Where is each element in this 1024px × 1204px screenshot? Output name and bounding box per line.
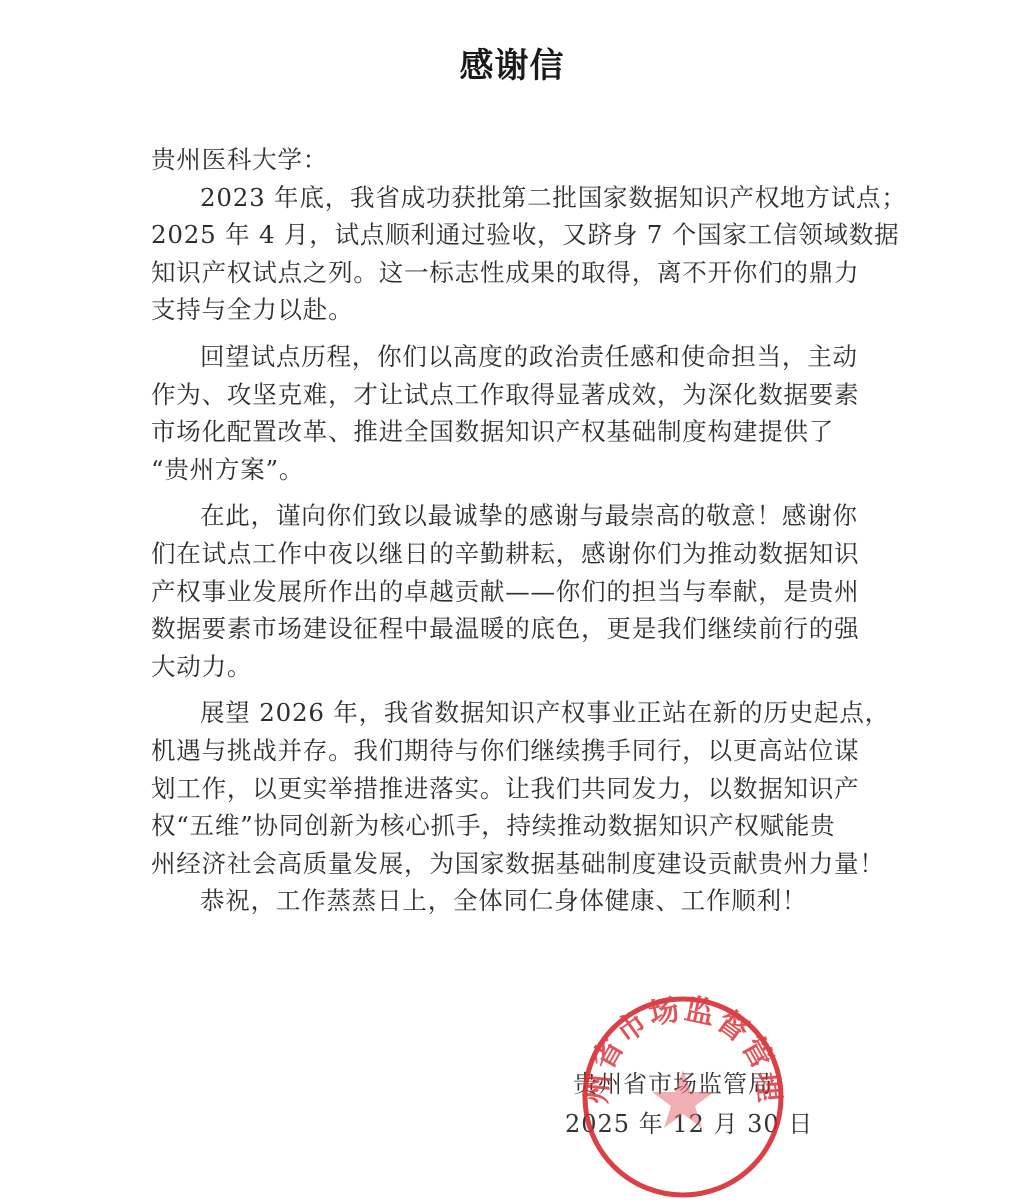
paragraph-line: 在此，谨向你们致以最诚挚的感谢与最崇高的敬意！感谢你 [151,497,891,535]
signature-organization: 贵州省市场监管局 [565,1064,825,1104]
paragraph-line: 划工作，以更实举措推进落实。让我们共同发力，以数据知识产 [151,770,891,808]
paragraph-line: 支持与全力以赴。 [151,291,891,329]
signature-date: 2025 年 12 月 30 日 [565,1104,825,1144]
paragraph-line: 市场化配置改革、推进全国数据知识产权基础制度构建提供了 [151,413,891,451]
paragraph-line: 数据要素市场建设征程中最温暖的底色，更是我们继续前行的强 [151,610,891,648]
paragraph-line: 机遇与挑战并存。我们期待与你们继续携手同行，以更高站位谋 [151,732,891,770]
signature-block: 贵州省市场监管局 2025 年 12 月 30 日 [565,1064,825,1144]
paragraph-3: 在此，谨向你们致以最诚挚的感谢与最崇高的敬意！感谢你 们在试点工作中夜以继日的辛… [151,497,891,685]
paragraph-1: 2023 年底，我省成功获批第二批国家数据知识产权地方试点； 2025 年 4 … [151,179,891,329]
paragraph-line: 权“五维”协同创新为核心抓手，持续推动数据知识产权赋能贵 [151,807,891,845]
paragraph-line: 们在试点工作中夜以继日的辛勤耕耘，感谢你们为推动数据知识 [151,535,891,573]
paragraph-line: 2025 年 4 月，试点顺利通过验收，又跻身 7 个国家工信领域数据 [151,216,891,254]
letter-body: 贵州医科大学： 2023 年底，我省成功获批第二批国家数据知识产权地方试点； 2… [151,141,891,920]
letter-title: 感谢信 [0,38,1024,87]
paragraph-2: 回望试点历程，你们以高度的政治责任感和使命担当，主动 作为、攻坚克难，才让试点工… [151,338,891,488]
paragraph-4: 展望 2026 年，我省数据知识产权事业正站在新的历史起点， 机遇与挑战并存。我… [151,694,891,882]
paragraph-line: 大动力。 [151,648,891,686]
paragraph-line: 2023 年底，我省成功获批第二批国家数据知识产权地方试点； [151,179,891,217]
paragraph-line: 恭祝，工作蒸蒸日上，全体同仁身体健康、工作顺利！ [151,882,891,920]
paragraph-line: 展望 2026 年，我省数据知识产权事业正站在新的历史起点， [151,694,891,732]
closing-wishes: 恭祝，工作蒸蒸日上，全体同仁身体健康、工作顺利！ [151,882,891,920]
salutation: 贵州医科大学： [151,141,891,179]
letter-page: 感谢信 贵州医科大学： 2023 年底，我省成功获批第二批国家数据知识产权地方试… [0,0,1024,1204]
paragraph-line: 产权事业发展所作出的卓越贡献——你们的担当与奉献，是贵州 [151,573,891,611]
paragraph-line: 回望试点历程，你们以高度的政治责任感和使命担当，主动 [151,338,891,376]
paragraph-line: 州经济社会高质量发展，为国家数据基础制度建设贡献贵州力量！ [151,845,891,883]
paragraph-line: 知识产权试点之列。这一标志性成果的取得，离不开你们的鼎力 [151,254,891,292]
paragraph-line: 作为、攻坚克难，才让试点工作取得显著成效，为深化数据要素 [151,376,891,414]
paragraph-line: “贵州方案”。 [151,451,891,489]
